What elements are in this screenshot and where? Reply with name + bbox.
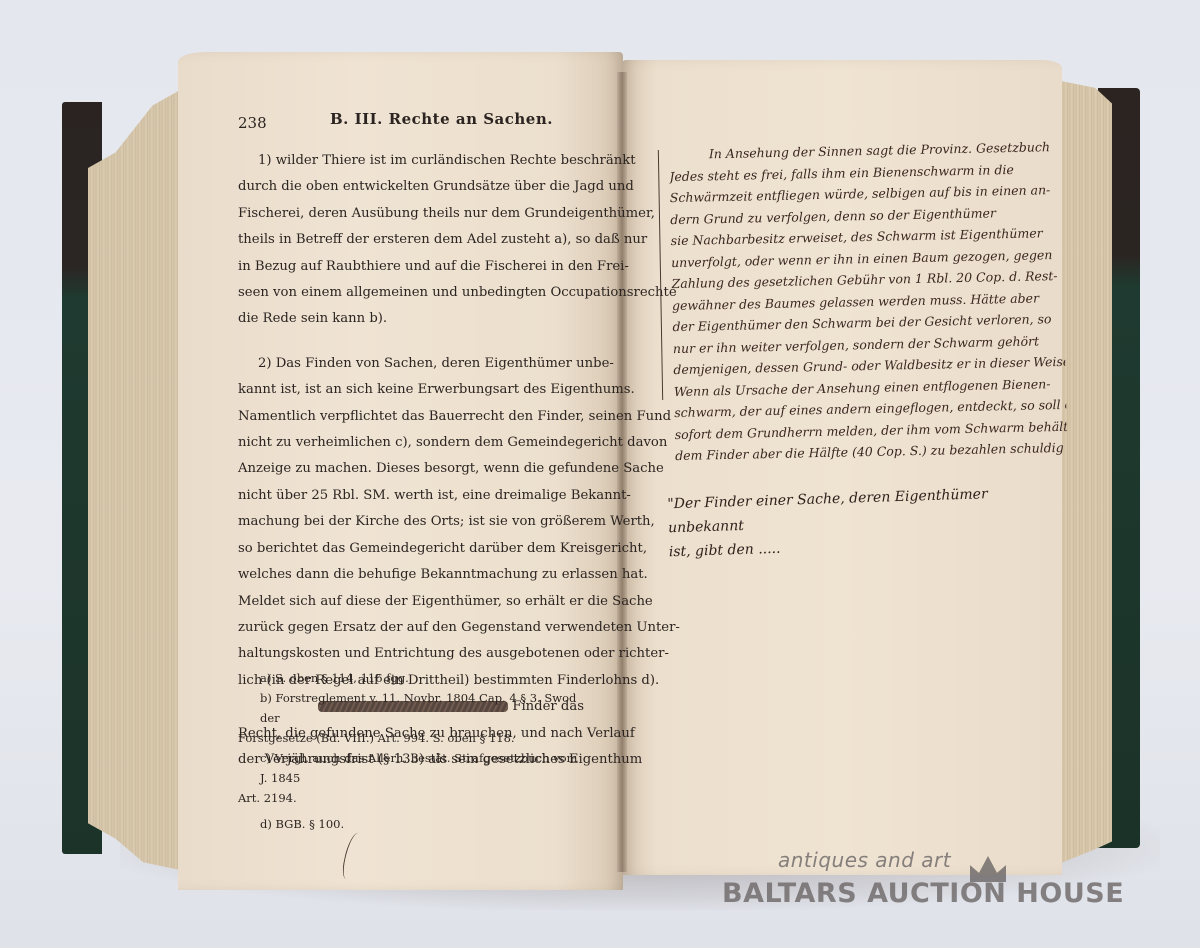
watermark-logo: antiques and art BALTARS AUCTION HOUSE xyxy=(722,848,1122,920)
page-block-left xyxy=(88,90,180,870)
footnote-b: b) Forstreglement v. 11. Novbr. 1804 Cap… xyxy=(238,688,584,728)
chapter-title: B. III. Rechte an Sachen. xyxy=(330,110,553,128)
handwritten-annotation-block: In Ansehung der Sinnen sagt die Provinz.… xyxy=(669,136,1068,467)
footnote-c-cont: Art. 2194. xyxy=(238,788,584,808)
footnote-d: d) BGB. § 100. xyxy=(238,814,584,834)
footnotes: a) S. oben § 114, 116 fgg. b) Forstregle… xyxy=(238,668,584,834)
text-line: seen von einem allgemeinen und unbedingt… xyxy=(238,280,584,306)
watermark-brand: BALTARS AUCTION HOUSE xyxy=(722,878,1124,909)
text-line: so berichtet das Gemeindegericht darüber… xyxy=(238,536,584,562)
running-head: 238 B. III. Rechte an Sachen. xyxy=(238,110,588,136)
text-line: nicht über 25 Rbl. SM. werth ist, eine d… xyxy=(238,483,584,509)
text-line: 1) wilder Thiere ist im curländischen Re… xyxy=(238,148,584,174)
text-line: Fischerei, deren Ausübung theils nur dem… xyxy=(238,201,584,227)
text-line: haltungskosten und Entrichtung des ausge… xyxy=(238,641,584,667)
watermark-tagline: antiques and art xyxy=(778,848,951,872)
page-block-right xyxy=(1056,80,1112,865)
text-line: durch die oben entwickelten Grundsätze ü… xyxy=(238,174,584,200)
text-line: zurück gegen Ersatz der auf den Gegensta… xyxy=(238,615,584,641)
text-line: in Bezug auf Raubthiere und auf die Fisc… xyxy=(238,254,584,280)
footnote-b-cont: Forstgesetze (Bd. VIII.) Art. 994. S. ob… xyxy=(238,728,584,748)
text-line: nicht zu verheimlichen c), sondern dem G… xyxy=(238,430,584,456)
text-line: 2) Das Finden von Sachen, deren Eigenthü… xyxy=(238,351,584,377)
handwritten-note: "Der Finder einer Sache, deren Eigenthüm… xyxy=(667,480,1069,565)
text-line: Anzeige zu machen. Dieses besorgt, wenn … xyxy=(238,456,584,482)
paragraph-gap xyxy=(238,333,584,351)
text-line: kannt ist, ist an sich keine Erwerbungsa… xyxy=(238,377,584,403)
footnote-a: a) S. oben § 114, 116 fgg. xyxy=(238,668,584,688)
text-line: welches dann die behufige Bekanntmachung… xyxy=(238,562,584,588)
text-line: theils in Betreff der ersteren dem Adel … xyxy=(238,227,584,253)
page-number: 238 xyxy=(238,114,267,132)
footnote-c: c) Vergl. auch das Allerh. bestät. Straf… xyxy=(238,748,584,788)
text-line: Namentlich verpflichtet das Bauerrecht d… xyxy=(238,404,584,430)
text-line: machung bei der Kirche des Orts; ist sie… xyxy=(238,509,584,535)
text-line: Meldet sich auf diese der Eigenthümer, s… xyxy=(238,589,584,615)
text-line: die Rede sein kann b). xyxy=(238,306,584,332)
